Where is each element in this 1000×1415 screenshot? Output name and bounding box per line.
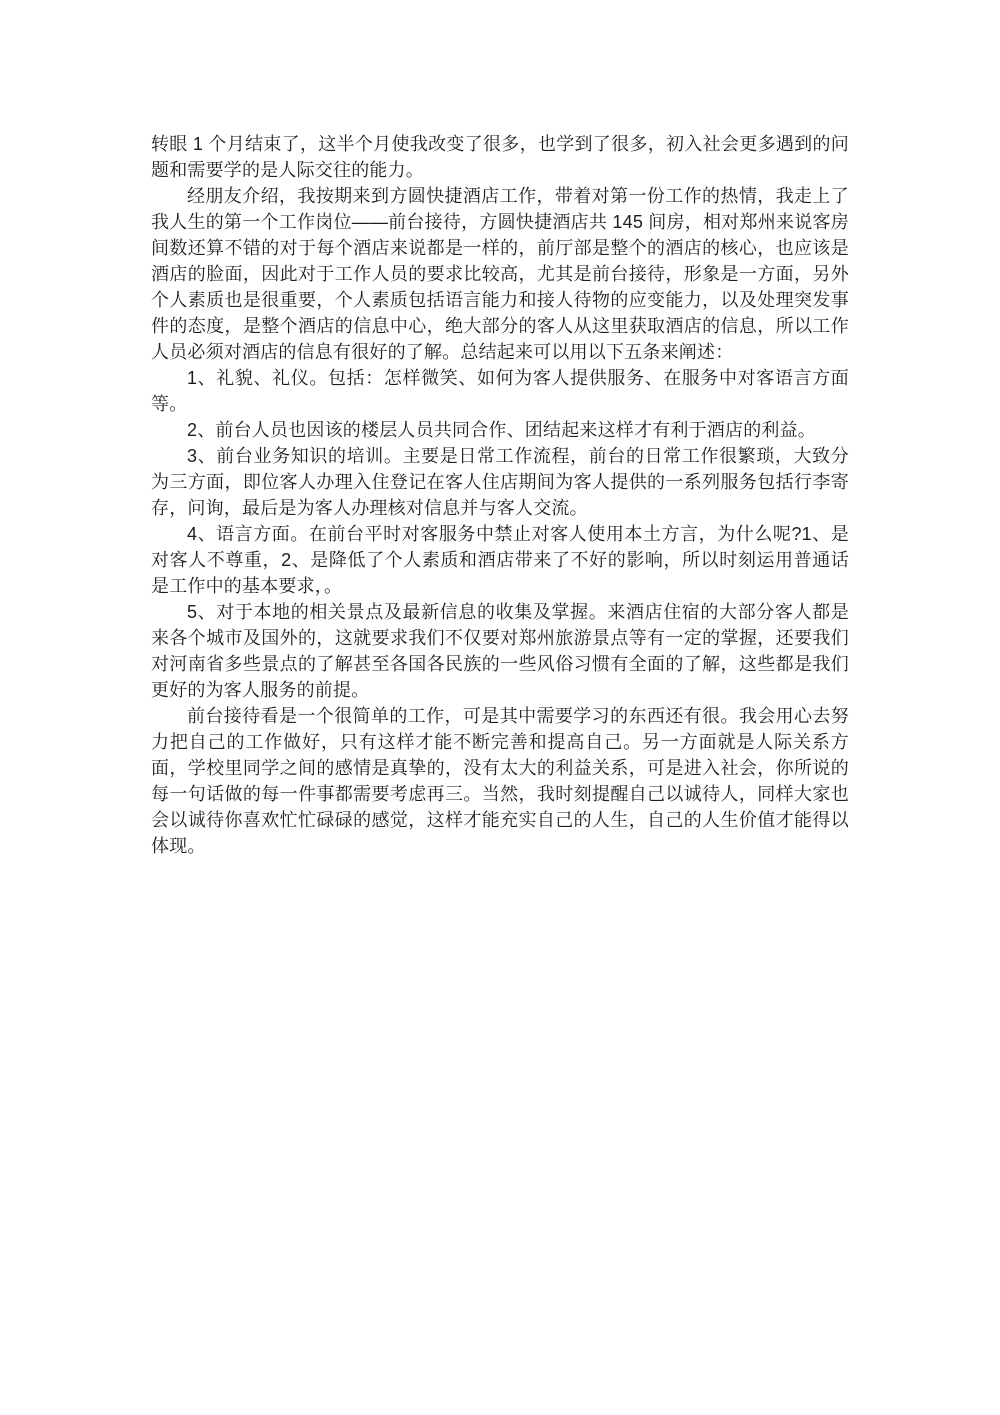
paragraph-point-3: 3、前台业务知识的培训。主要是日常工作流程，前台的日常工作很繁琐，大致分为三方面… (151, 443, 849, 521)
paragraph-point-5: 5、对于本地的相关景点及最新信息的收集及掌握。来酒店住宿的大部分客人都是来各个城… (151, 599, 849, 703)
document-page: 转眼 1 个月结束了，这半个月使我改变了很多，也学到了很多，初入社会更多遇到的问… (0, 0, 1000, 1415)
paragraph-conclusion: 前台接待看是一个很简单的工作，可是其中需要学习的东西还有很。我会用心去努力把自己… (151, 703, 849, 859)
paragraph-point-2: 2、前台人员也因该的楼层人员共同合作、团结起来这样才有利于酒店的利益。 (151, 417, 849, 443)
paragraph-intro: 转眼 1 个月结束了，这半个月使我改变了很多，也学到了很多，初入社会更多遇到的问… (151, 131, 849, 183)
text-body: 转眼 1 个月结束了，这半个月使我改变了很多，也学到了很多，初入社会更多遇到的问… (151, 131, 849, 859)
paragraph-overview: 经朋友介绍，我按期来到方圆快捷酒店工作，带着对第一份工作的热情，我走上了我人生的… (151, 183, 849, 365)
paragraph-point-4: 4、语言方面。在前台平时对客服务中禁止对客人使用本土方言，为什么呢?1、是对客人… (151, 521, 849, 599)
paragraph-point-1: 1、礼貌、礼仪。包括：怎样微笑、如何为客人提供服务、在服务中对客语言方面等。 (151, 365, 849, 417)
